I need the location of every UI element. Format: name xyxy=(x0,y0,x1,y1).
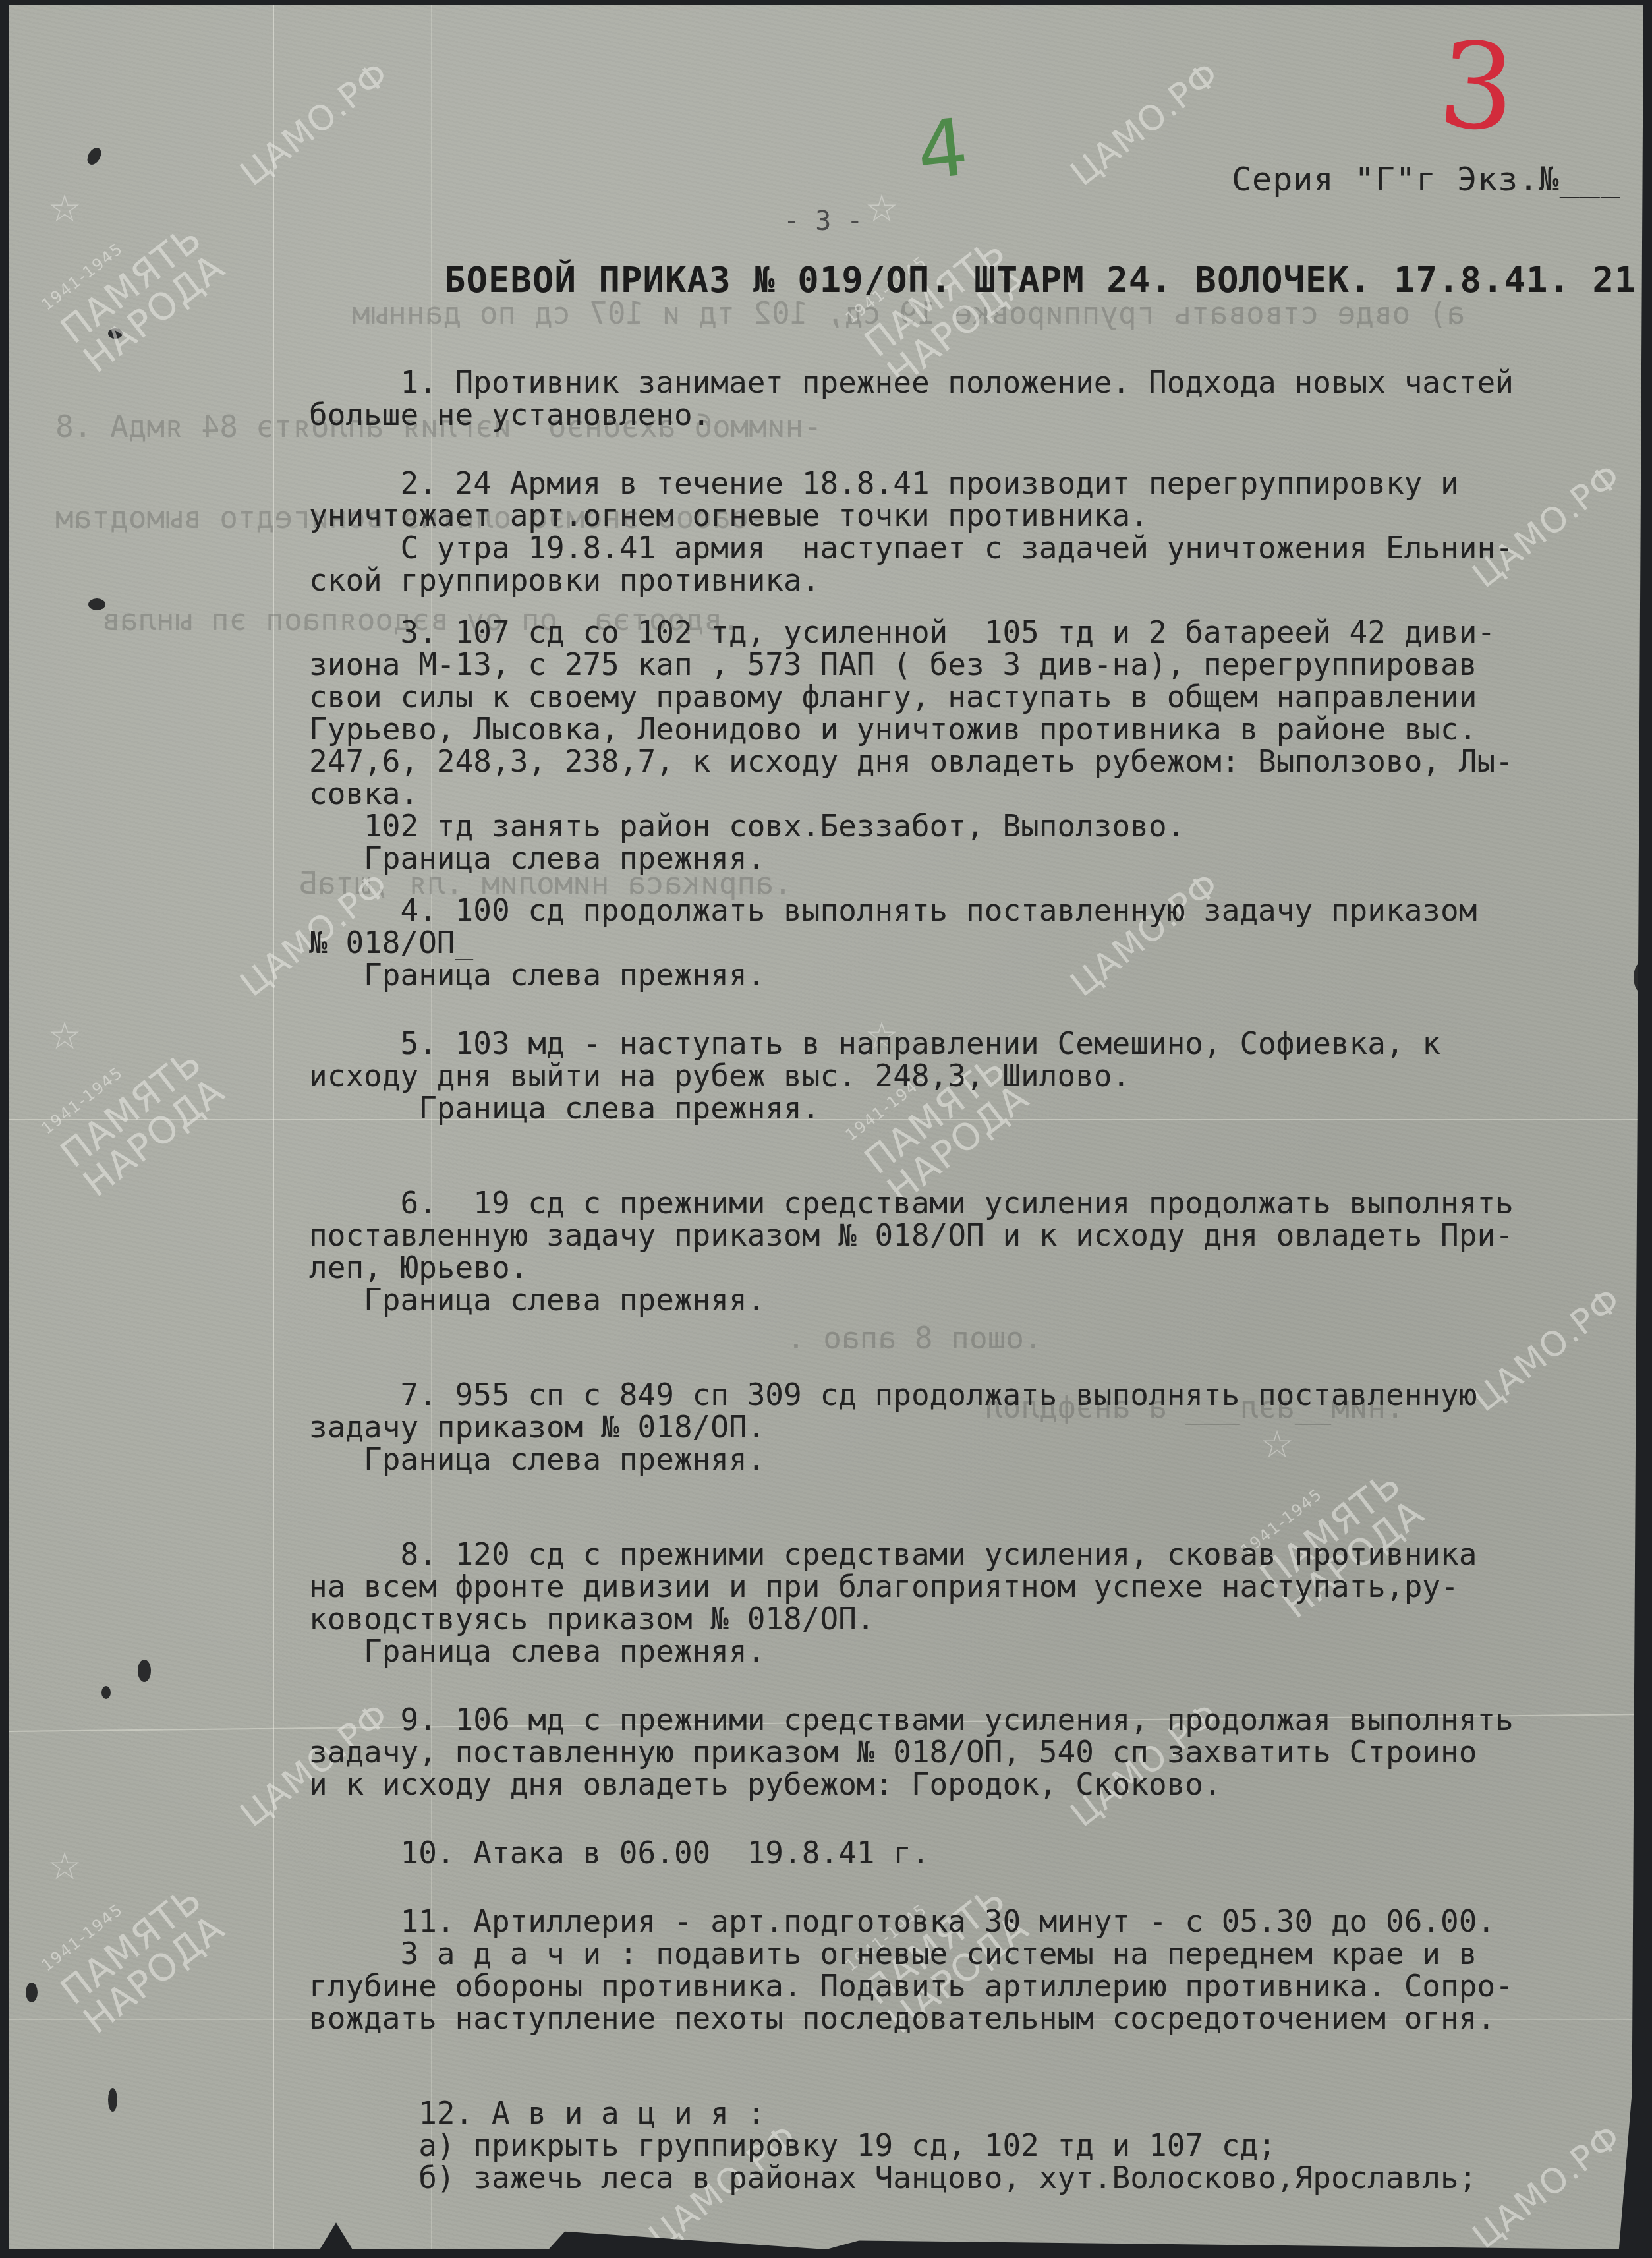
text-line: Граница слева прежняя. xyxy=(309,1443,1607,1476)
text-line: свои силы к своему правому флангу, насту… xyxy=(309,681,1607,713)
text-line: глубине обороны противника. Подавить арт… xyxy=(309,1970,1607,2002)
order-title: БОЕВОЙ ПРИКАЗ № 019/ОП. ШТАРМ 24. ВОЛОЧЕ… xyxy=(444,259,1652,301)
text-line: 6. 19 сд с прежними средствами усиления … xyxy=(309,1187,1607,1219)
paragraph-3: 3. 107 сд со 102 тд, усиленной 105 тд и … xyxy=(309,616,1607,875)
text-line: 7. 955 сп с 849 сп 309 сд продолжать вып… xyxy=(309,1379,1607,1411)
paragraph-10: 10. Атака в 06.00 19.8.41 г. xyxy=(309,1837,1607,1869)
text-line: Граница слева прежняя. xyxy=(309,1635,1607,1667)
watermark-star-icon: ☆ xyxy=(49,1831,80,1892)
text-line: № 018/ОП_ xyxy=(309,927,1607,959)
paragraph-7: 7. 955 сп с 849 сп 309 сд продолжать вып… xyxy=(309,1379,1607,1476)
paragraph-12: 12. А в и а ц и я : а) прикрыть группиро… xyxy=(309,2097,1607,2194)
paragraph-8: 8. 120 сд с прежними средствами усиления… xyxy=(309,1538,1607,1667)
text-line: задачу, поставленную приказом № 018/ОП, … xyxy=(309,1736,1607,1768)
paper-hole xyxy=(101,1686,111,1699)
text-line: 1. Противник занимает прежнее положение.… xyxy=(309,366,1607,399)
text-line: совка. xyxy=(309,778,1607,810)
text-line: б) зажечь леса в районах Чанцово, хут.Во… xyxy=(309,2162,1607,2194)
document-page: а) овде ствовать группировке 19 сд, 102 … xyxy=(9,5,1643,2249)
text-line: а) прикрыть группировку 19 сд, 102 тд и … xyxy=(309,2129,1607,2162)
series-copy-number: Серия "Г"г Экз.№___ xyxy=(1232,160,1621,198)
text-line: 5. 103 мд - наступать в направлении Семе… xyxy=(309,1028,1607,1060)
watermark-star-icon: ☆ xyxy=(49,1000,80,1062)
order-body: 1. Противник занимает прежнее положение.… xyxy=(309,366,1607,2194)
text-line: Граница слева прежняя. xyxy=(309,1284,1607,1316)
paragraph-11: 11. Артиллерия - арт.подготовка 30 минут… xyxy=(309,1905,1607,2035)
text-line: 247,6, 248,3, 238,7, к исходу дня овладе… xyxy=(309,745,1607,778)
text-line: вождать наступление пехоты последователь… xyxy=(309,2002,1607,2035)
text-line: Граница слева прежняя. xyxy=(309,959,1607,991)
text-line: больше не установлено. xyxy=(309,399,1607,431)
text-line: поставленную задачу приказом № 018/ОП и … xyxy=(309,1219,1607,1252)
text-line: уничтожает арт.огнем огневые точки проти… xyxy=(309,500,1607,532)
paper-hole xyxy=(84,145,104,167)
paper-hole xyxy=(108,2088,117,2112)
paragraph-2: 2. 24 Армия в течение 18.8.41 производит… xyxy=(309,467,1607,596)
text-line: 9. 106 мд с прежними средствами усиления… xyxy=(309,1704,1607,1736)
paper-fold xyxy=(273,5,274,2249)
text-line: 12. А в и а ц и я : xyxy=(309,2097,1607,2129)
text-line: 8. 120 сд с прежними средствами усиления… xyxy=(309,1538,1607,1571)
watermark-star-icon: ☆ xyxy=(49,173,80,235)
text-line: и к исходу дня овладеть рубежом: Городок… xyxy=(309,1768,1607,1801)
paper-hole xyxy=(26,1983,38,2002)
text-line: 2. 24 Армия в течение 18.8.41 производит… xyxy=(309,467,1607,500)
text-line: Гурьево, Лысовка, Леонидово и уничтожив … xyxy=(309,713,1607,745)
watermark-archive: ЦАМО.РФ xyxy=(233,54,397,194)
paragraph-5: 5. 103 мд - наступать в направлении Семе… xyxy=(309,1028,1607,1124)
paragraph-1: 1. Противник занимает прежнее положение.… xyxy=(309,366,1607,431)
text-line: 4. 100 сд продолжать выполнять поставлен… xyxy=(309,894,1607,927)
green-pencil-mark: 4 xyxy=(913,108,971,192)
paragraph-4: 4. 100 сд продолжать выполнять поставлен… xyxy=(309,894,1607,991)
paragraph-9: 9. 106 мд с прежними средствами усиления… xyxy=(309,1704,1607,1801)
text-line: 11. Артиллерия - арт.подготовка 30 минут… xyxy=(309,1905,1607,1938)
text-line: Граница слева прежняя. xyxy=(309,842,1607,875)
text-line: исходу дня выйти на рубеж выс. 248,3, Ши… xyxy=(309,1060,1607,1092)
text-line: леп, Юрьево. xyxy=(309,1252,1607,1284)
paper-hole xyxy=(138,1660,151,1682)
text-line: ководствуясь приказом № 018/ОП. xyxy=(309,1603,1607,1635)
text-line: задачу приказом № 018/ОП. xyxy=(309,1411,1607,1443)
text-line: зиона М-13, с 275 кап , 573 ПАП ( без 3 … xyxy=(309,649,1607,681)
text-line: Граница слева прежняя. xyxy=(309,1092,1607,1124)
text-line: С утра 19.8.41 армия наступает с задачей… xyxy=(309,532,1607,564)
paper-hole xyxy=(1634,961,1652,994)
text-line: на всем фронте дивизии и при благоприятн… xyxy=(309,1571,1607,1603)
watermark-star-icon: ☆ xyxy=(866,173,897,235)
watermark-archive: ЦАМО.РФ xyxy=(1064,54,1227,194)
paragraph-6: 6. 19 сд с прежними средствами усиления … xyxy=(309,1187,1607,1316)
page-number: - 3 - xyxy=(783,206,863,237)
text-line: 3. 107 сд со 102 тд, усиленной 105 тд и … xyxy=(309,616,1607,649)
text-line: З а д а ч и : подавить огневые системы н… xyxy=(309,1938,1607,1970)
text-line: ской группировки противника. xyxy=(309,564,1607,596)
text-line: 10. Атака в 06.00 19.8.41 г. xyxy=(309,1837,1607,1869)
text-line: 102 тд занять район совх.Беззабот, Выпол… xyxy=(309,810,1607,842)
folio-number-handwritten: 3 xyxy=(1435,26,1519,150)
